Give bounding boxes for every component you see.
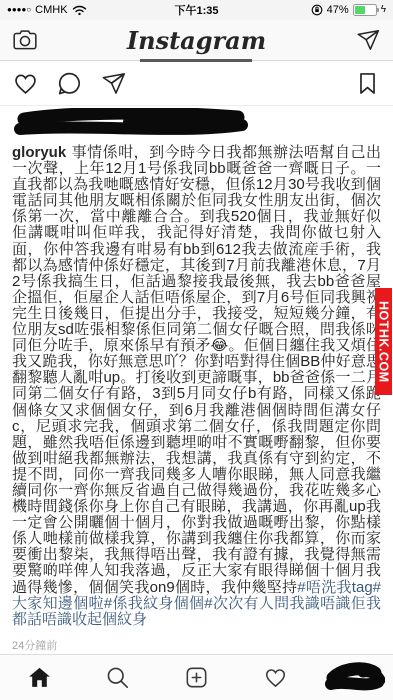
- logo-underline: [140, 59, 252, 62]
- status-left: ●●●●○ CMHK: [7, 4, 87, 16]
- signal-dots-icon: ●●●●○: [7, 6, 31, 14]
- likes-row: [0, 106, 393, 141]
- add-post-icon: [184, 665, 209, 690]
- nav-profile-tab[interactable]: [314, 655, 393, 700]
- likes-redaction-scribble: [10, 108, 260, 138]
- status-right: 47% ϟ: [311, 4, 386, 16]
- bookmark-icon[interactable]: [354, 70, 381, 97]
- activity-heart-icon: [263, 665, 288, 690]
- status-time: 下午1:35: [174, 2, 218, 18]
- post-timestamp: 24分鐘前: [0, 628, 393, 653]
- bottom-nav: [0, 654, 393, 700]
- profile-redaction-scribble: [323, 660, 385, 696]
- status-bar: ●●●●○ CMHK 下午1:35 47% ϟ: [0, 0, 393, 20]
- orientation-lock-icon: [311, 4, 323, 16]
- caption-text: 事情係咁，到今時今日我都無辦法唔幫自己出一次聲，上年12月1号係我同bb嘅爸爸一…: [12, 144, 381, 596]
- nav-add-post-tab[interactable]: [157, 655, 236, 700]
- battery-icon: [353, 4, 377, 16]
- battery-percent: 47%: [327, 4, 349, 16]
- charging-bolt-icon: ϟ: [381, 5, 386, 15]
- post-action-bar: [0, 61, 393, 106]
- nav-home-tab[interactable]: [0, 655, 79, 700]
- carrier-label: CMHK: [35, 4, 67, 16]
- phone-screen: ●●●●○ CMHK 下午1:35 47% ϟ Instagram: [0, 0, 393, 700]
- instagram-logo: Instagram: [127, 26, 266, 55]
- post-username[interactable]: gloryuk: [12, 144, 66, 161]
- camera-icon[interactable]: [12, 27, 38, 53]
- like-heart-icon[interactable]: [12, 70, 39, 97]
- watermark-badge: HOTHK.COM: [375, 288, 392, 395]
- nav-activity-tab[interactable]: [236, 655, 315, 700]
- share-icon[interactable]: [100, 70, 127, 97]
- send-icon[interactable]: [355, 27, 381, 53]
- post-caption: gloryuk事情係咁，到今時今日我都無辦法唔幫自己出一次聲，上年12月1号係我…: [0, 141, 393, 628]
- home-icon: [27, 665, 52, 690]
- wifi-icon: [72, 5, 87, 16]
- nav-search-tab[interactable]: [79, 655, 158, 700]
- comment-icon[interactable]: [56, 70, 83, 97]
- search-icon: [105, 665, 130, 690]
- app-header: Instagram: [0, 20, 393, 61]
